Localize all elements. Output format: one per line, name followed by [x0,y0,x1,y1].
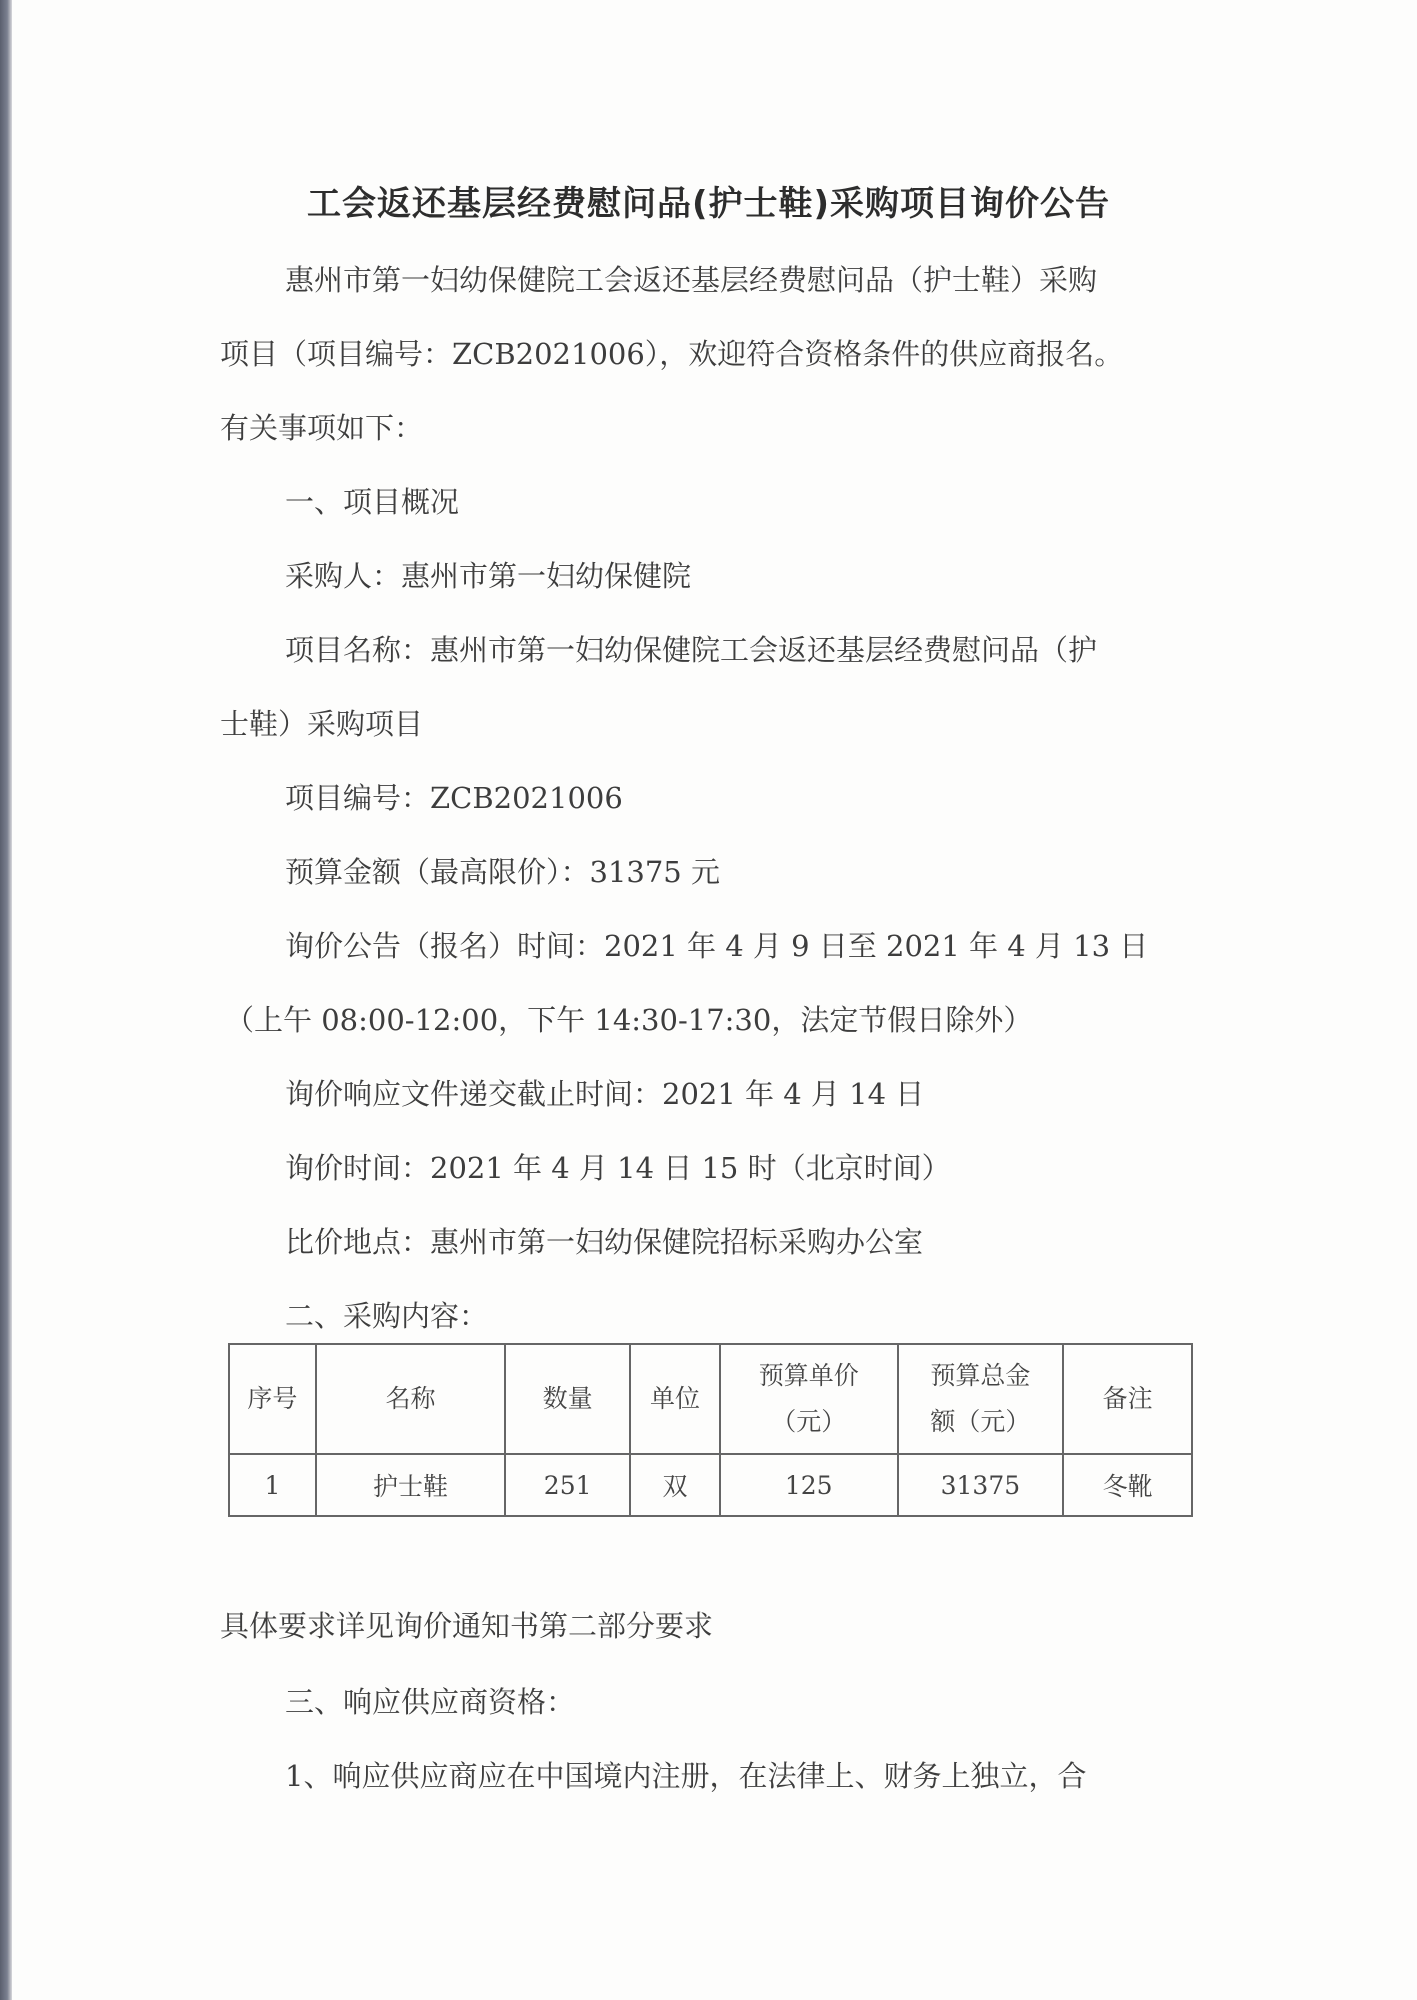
budget-amount: 预算金额（最高限价）：31375 元 [285,850,720,891]
table-header-row: 序号 名称 数量 单位 预算单价 （元） 预算总金 额（元） 备注 [229,1344,1192,1454]
header-unit-price-line-1: 预算单价 [727,1353,891,1399]
cell-no: 1 [229,1454,316,1516]
submission-deadline: 询价响应文件递交截止时间：2021 年 4 月 14 日 [285,1072,924,1113]
header-unit-price-line-2: （元） [727,1399,891,1445]
project-number: 项目编号：ZCB2021006 [285,776,623,817]
procurement-table: 序号 名称 数量 单位 预算单价 （元） 预算总金 额（元） 备注 1 护士鞋 … [228,1343,1193,1517]
scan-page-edge [0,0,12,2000]
notice-time-line-1: 询价公告（报名）时间：2021 年 4 月 9 日至 2021 年 4 月 13… [285,924,1148,965]
header-qty: 数量 [505,1344,630,1454]
header-name: 名称 [316,1344,505,1454]
inquiry-time: 询价时间：2021 年 4 月 14 日 15 时（北京时间） [285,1146,951,1187]
table-row: 1 护士鞋 251 双 125 31375 冬靴 [229,1454,1192,1516]
notice-time-line-2: （上午 08:00-12:00，下午 14:30-17:30，法定节假日除外） [225,998,1032,1039]
cell-qty: 251 [505,1454,630,1516]
section-1-heading: 一、项目概况 [285,480,459,521]
intro-line-3: 有关事项如下： [220,406,423,447]
header-unit: 单位 [630,1344,720,1454]
intro-line-1: 惠州市第一妇幼保健院工会返还基层经费慰问品（护士鞋）采购 [285,258,1097,299]
header-remark: 备注 [1063,1344,1192,1454]
header-total-line-2: 额（元） [905,1399,1057,1445]
project-name-line-1: 项目名称：惠州市第一妇幼保健院工会返还基层经费慰问品（护 [285,628,1097,669]
header-total: 预算总金 额（元） [898,1344,1064,1454]
document-title: 工会返还基层经费慰问品(护士鞋)采购项目询价公告 [0,176,1417,225]
intro-line-2: 项目（项目编号：ZCB2021006），欢迎符合资格条件的供应商报名。 [220,332,1123,373]
section-2-heading: 二、采购内容： [285,1294,488,1335]
cell-total: 31375 [898,1454,1064,1516]
purchaser: 采购人：惠州市第一妇幼保健院 [285,554,691,595]
requirements-note: 具体要求详见询价通知书第二部分要求 [220,1604,713,1645]
header-no: 序号 [229,1344,316,1454]
cell-unit-price: 125 [720,1454,898,1516]
comparison-location: 比价地点：惠州市第一妇幼保健院招标采购办公室 [285,1220,923,1261]
cell-name: 护士鞋 [316,1454,505,1516]
qualification-item-1: 1、响应供应商应在中国境内注册，在法律上、财务上独立，合 [285,1754,1086,1795]
cell-unit: 双 [630,1454,720,1516]
header-total-line-1: 预算总金 [905,1353,1057,1399]
cell-remark: 冬靴 [1063,1454,1192,1516]
section-3-heading: 三、响应供应商资格： [285,1680,575,1721]
header-unit-price: 预算单价 （元） [720,1344,898,1454]
project-name-line-2: 士鞋）采购项目 [220,702,423,743]
